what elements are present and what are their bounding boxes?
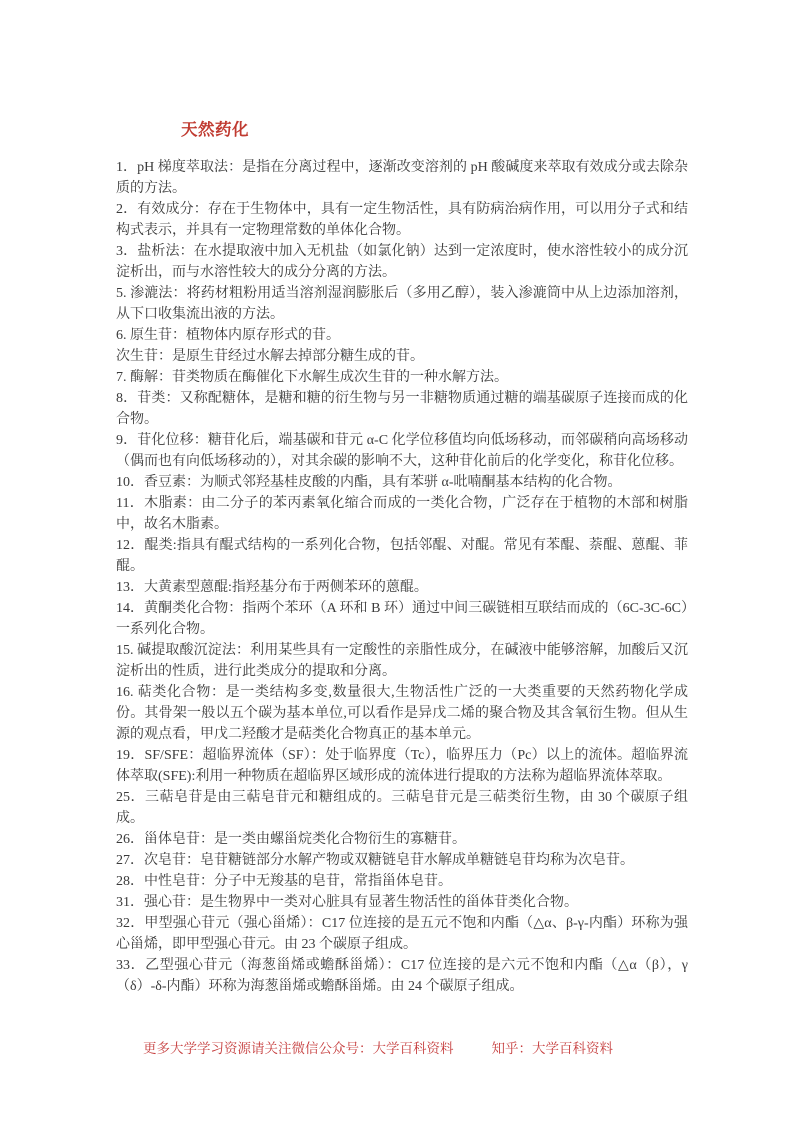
definition-item: 8．苷类：又称配糖体，是糖和糖的衍生物与另一非糖物质通过糖的端基碳原子连接而成的… [116, 388, 688, 430]
definition-item: 16. 萜类化合物：是一类结构多变,数量很大,生物活性广泛的一大类重要的天然药物… [116, 682, 688, 745]
definition-item: 3．盐析法：在水提取液中加入无机盐（如氯化钠）达到一定浓度时，使水溶性较小的成分… [116, 241, 688, 283]
footer-wechat-text: 更多大学学习资源请关注微信公众号：大学百科资料 [143, 1040, 454, 1058]
definition-item: 26．甾体皂苷：是一类由螺甾烷类化合物衍生的寡糖苷。 [116, 829, 688, 850]
footer-zhihu-text: 知乎：大学百科资料 [492, 1040, 614, 1058]
definition-item: 9．苷化位移：糖苷化后，端基碳和苷元 α-C 化学位移值均向低场移动，而邻碳稍向… [116, 430, 688, 472]
definition-item: 32．甲型强心苷元（强心甾烯）：C17 位连接的是五元不饱和内酯（△α、β-γ-… [116, 913, 688, 955]
definition-item: 15. 碱提取酸沉淀法：利用某些具有一定酸性的亲脂性成分，在碱液中能够溶解，加酸… [116, 640, 688, 682]
definition-item: 次生苷：是原生苷经过水解去掉部分糖生成的苷。 [116, 346, 688, 367]
definition-list: 1．pH 梯度萃取法：是指在分离过程中，逐渐改变溶剂的 pH 酸碱度来萃取有效成… [116, 157, 688, 997]
document-page: 天然药化 1．pH 梯度萃取法：是指在分离过程中，逐渐改变溶剂的 pH 酸碱度来… [0, 0, 793, 1122]
definition-item: 31．强心苷：是生物界中一类对心脏具有显著生物活性的甾体苷类化合物。 [116, 892, 688, 913]
definition-item: 33．乙型强心苷元（海葱甾烯或蟾酥甾烯）：C17 位连接的是六元不饱和内酯（△α… [116, 955, 688, 997]
definition-item: 14．黄酮类化合物：指两个苯环（A 环和 B 环）通过中间三碳链相互联结而成的（… [116, 598, 688, 640]
page-footer: 更多大学学习资源请关注微信公众号：大学百科资料 知乎：大学百科资料 [143, 1040, 703, 1058]
page-title: 天然药化 [181, 120, 249, 140]
definition-item: 1．pH 梯度萃取法：是指在分离过程中，逐渐改变溶剂的 pH 酸碱度来萃取有效成… [116, 157, 688, 199]
definition-item: 7. 酶解：苷类物质在酶催化下水解生成次生苷的一种水解方法。 [116, 367, 688, 388]
definition-item: 11．木脂素：由二分子的苯丙素氧化缩合而成的一类化合物，广泛存在于植物的木部和树… [116, 493, 688, 535]
definition-item: 2．有效成分：存在于生物体中，具有一定生物活性，具有防病治病作用，可以用分子式和… [116, 199, 688, 241]
definition-item: 5. 渗漉法：将药材粗粉用适当溶剂湿润膨胀后（多用乙醇），装入渗漉筒中从上边添加… [116, 283, 688, 325]
definition-item: 19．SF/SFE：超临界流体（SF）：处于临界度（Tc），临界压力（Pc）以上… [116, 745, 688, 787]
definition-item: 27．次皂苷：皂苷糖链部分水解产物或双糖链皂苷水解成单糖链皂苷均称为次皂苷。 [116, 850, 688, 871]
definition-item: 28．中性皂苷：分子中无羧基的皂苷，常指甾体皂苷。 [116, 871, 688, 892]
definition-item: 25．三萜皂苷是由三萜皂苷元和糖组成的。三萜皂苷元是三萜类衍生物，由 30 个碳… [116, 787, 688, 829]
definition-item: 10．香豆素：为顺式邻羟基桂皮酸的内酯，具有苯骈 α-吡喃酮基本结构的化合物。 [116, 472, 688, 493]
definition-item: 6. 原生苷：植物体内原存形式的苷。 [116, 325, 688, 346]
definition-item: 12．醌类:指具有醌式结构的一系列化合物，包括邻醌、对醌。常见有苯醌、萘醌、蒽醌… [116, 535, 688, 577]
definition-item: 13．大黄素型蒽醌:指羟基分布于两侧苯环的蒽醌。 [116, 577, 688, 598]
